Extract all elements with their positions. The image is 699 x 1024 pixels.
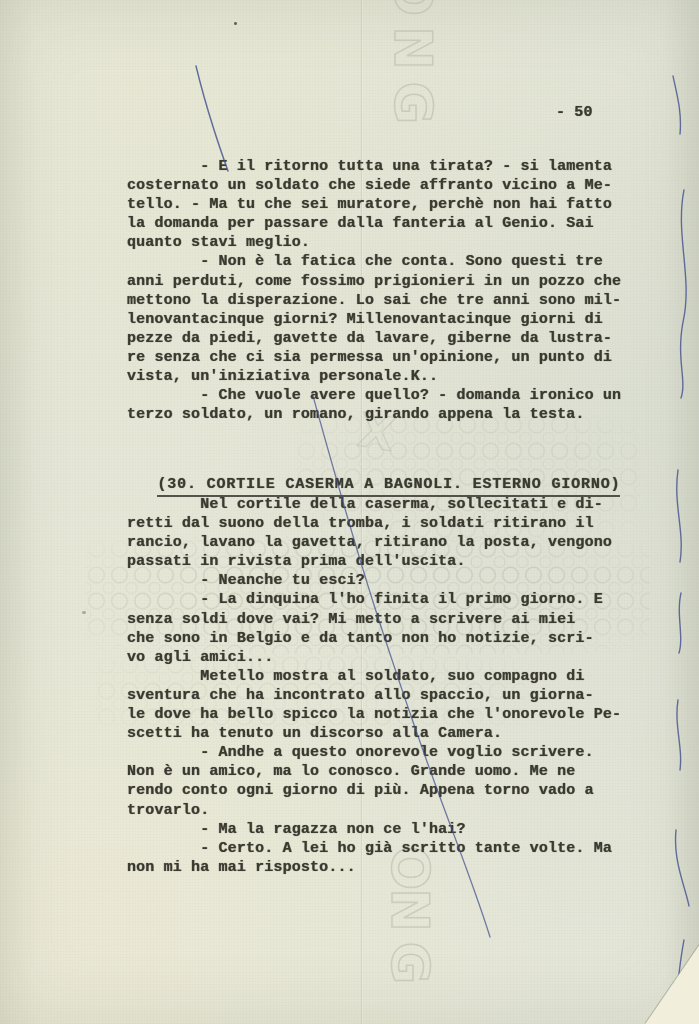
ink-speck — [234, 22, 237, 25]
dialogue-block-1: - E il ritorno tutta una tirata? - si la… — [127, 157, 621, 424]
dialogue-block-2: Nel cortile della caserma, sollecitati e… — [127, 495, 621, 877]
scene-heading-text: (30. CORTILE CASERMA A BAGNOLI. ESTERNO … — [157, 476, 620, 497]
typewritten-script-page: O N G O N G X - 50 - E il ritorno tutta … — [0, 0, 699, 1024]
paper-speck — [82, 611, 86, 614]
page-number: - 50 — [556, 103, 593, 122]
